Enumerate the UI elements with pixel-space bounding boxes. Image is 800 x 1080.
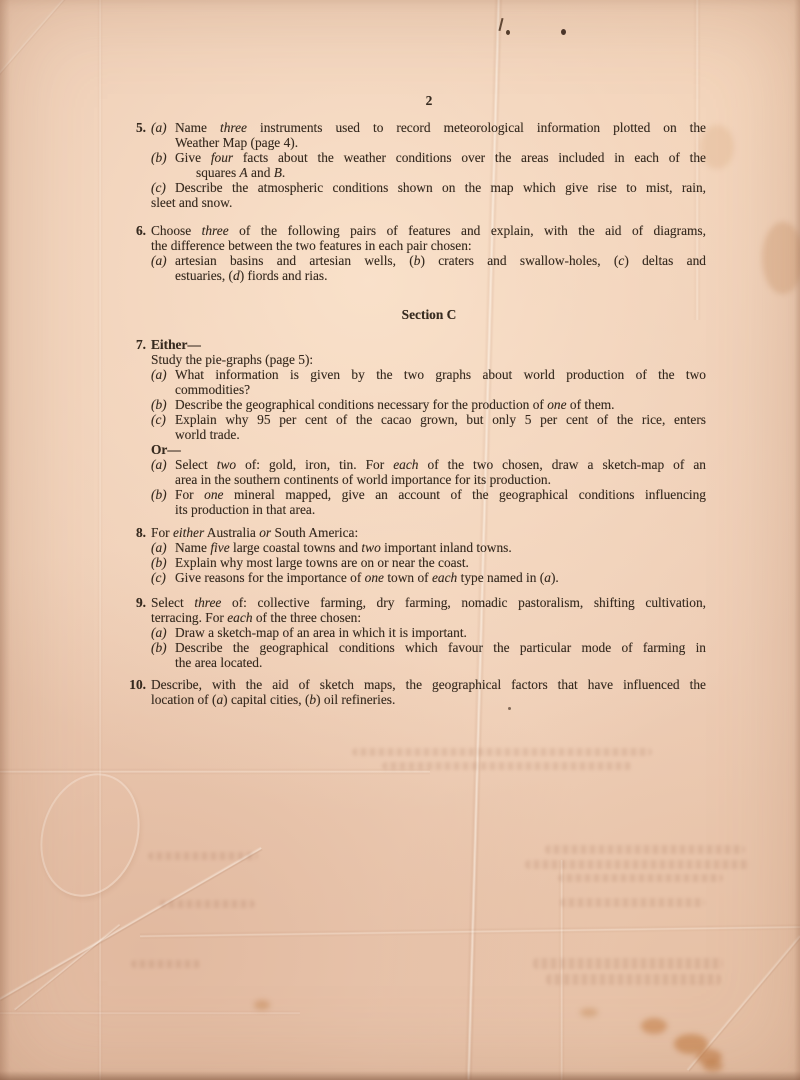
bleed-through-smudge-1 [352,748,652,756]
text-line: (c)Give reasons for the importance of on… [151,570,706,585]
part-label: (c) [151,412,175,427]
text-segment: ) fiords and rias. [240,268,328,283]
text-segment: Describe the geographical conditions whi… [175,640,706,655]
text-segment: Select [175,457,217,472]
question-number: 7. [124,337,146,517]
text-segment: the area located. [175,655,262,670]
text-line: sleet and snow. [151,195,706,210]
text-segment: of the two chosen, draw a sketch-map of … [419,457,706,472]
text-segment: location of ( [151,692,216,707]
question-8: 8.For either Australia or South America:… [124,525,706,585]
paper-crease-diagonal-top-left [0,0,68,81]
question-9: 9.Select three of: collective farming, d… [124,595,706,670]
text-segment: estuaries, ( [175,268,233,283]
paper-fold-curve [25,760,155,909]
bleed-through-smudge-11 [131,960,201,968]
text-line: estuaries, (d) fiords and rias. [151,268,706,283]
paper-stain-right-edge [762,222,800,294]
question-body: Describe, with the aid of sketch maps, t… [151,677,706,707]
question-number: 6. [124,223,146,283]
text-line: Either— [151,337,706,352]
text-line: (c)Explain why 95 per cent of the cacao … [151,412,706,427]
text-segment: sleet and snow. [151,195,232,210]
text-line: Study the pie-graphs (page 5): [151,352,706,367]
text-segment: Name [175,540,210,555]
bleed-through-smudge-3 [545,845,745,854]
text-segment: South America: [271,525,358,540]
text-segment: Draw a sketch-map of an area in which it… [175,625,467,640]
text-segment: . [282,165,285,180]
question-body: Select three of: collective farming, dry… [151,595,706,670]
text-segment: Explain why most large towns are on or n… [175,555,469,570]
text-line: (a)Name five large coastal towns and two… [151,540,706,555]
text-segment: Choose [151,223,202,238]
part-label: (b) [151,640,175,655]
text-segment: ) capital cities, ( [223,692,309,707]
bleed-through-smudge-6 [148,852,258,860]
text-segment: a [544,570,551,585]
part-label: (c) [151,180,175,195]
question-list: 5.(a)Name three instruments used to reco… [124,120,706,707]
text-segment: of: collective farming, dry farming, nom… [221,595,706,610]
text-segment: each [393,457,418,472]
text-line: Select three of: collective farming, dry… [151,595,706,610]
text-segment: or [259,525,271,540]
text-segment: Give [175,150,211,165]
text-segment: Explain why 95 per cent of the cacao gro… [175,412,706,427]
text-segment: Describe the atmospheric conditions show… [175,180,706,195]
text-line: (c)Describe the atmospheric conditions s… [151,180,706,195]
text-segment: B [274,165,282,180]
text-segment: mineral mapped, give an account of the g… [223,487,706,502]
text-segment: of the three chosen: [253,610,362,625]
page-content: 2 5.(a)Name three instruments used to re… [124,93,706,707]
text-segment: type named in ( [457,570,544,585]
text-line: location of (a) capital cities, (b) oil … [151,692,706,707]
question-number: 9. [124,595,146,670]
text-line: (a)artesian basins and artesian wells, (… [151,253,706,268]
text-segment: What information is given by the two gra… [175,367,706,382]
text-segment: one [547,397,566,412]
ink-speck-3 [508,707,511,710]
text-segment: of: gold, iron, tin. For [236,457,393,472]
part-label: (a) [151,253,175,268]
rust-stain-1 [641,1018,667,1034]
text-segment: its production in that area. [175,502,315,517]
text-line: (b)For one mineral mapped, give an accou… [151,487,706,502]
text-segment: facts about the weather conditions over … [233,150,706,165]
text-line: (b)Describe the geographical conditions … [151,397,706,412]
bleed-through-smudge-2 [382,762,632,770]
text-segment: one [365,570,384,585]
text-segment: important inland towns. [381,540,512,555]
text-line: Weather Map (page 4). [151,135,706,150]
paper-crease-diagonal-bottom-left-2 [14,923,121,1011]
text-segment: area in the southern continents of world… [175,472,551,487]
scan-edge-left [0,0,10,1080]
ink-speck-1 [506,30,510,35]
text-segment: For [175,487,204,502]
text-line: area in the southern continents of world… [151,472,706,487]
text-segment: four [211,150,233,165]
text-segment: three [194,595,221,610]
part-label: (a) [151,457,175,472]
text-segment: and [248,165,274,180]
rust-stain-2 [674,1034,708,1054]
text-segment: instruments used to record meteorologica… [247,120,706,135]
text-segment: terracing. For [151,610,227,625]
paper-crease-diagonal-bottom-left [0,846,263,1001]
paper-crease-horizontal-low [0,1010,300,1016]
question-7: 7.Either—Study the pie-graphs (page 5):(… [124,337,706,517]
text-line: (a)Name three instruments used to record… [151,120,706,135]
text-segment: world trade. [175,427,240,442]
text-line: world trade. [151,427,706,442]
question-5: 5.(a)Name three instruments used to reco… [124,120,706,210]
text-segment: Study the pie-graphs (page 5): [151,352,313,367]
part-label: (a) [151,540,175,555]
text-line: Describe, with the aid of sketch maps, t… [151,677,706,692]
text-segment: ) oil refineries. [316,692,395,707]
question-body: Either—Study the pie-graphs (page 5):(a)… [151,337,706,517]
page-number: 2 [152,93,706,108]
text-line: its production in that area. [151,502,706,517]
ink-speck-2 [561,29,566,35]
bleed-through-smudge-10 [546,974,721,985]
text-segment: Select [151,595,194,610]
text-line: (a)Select two of: gold, iron, tin. For e… [151,457,706,472]
text-segment: ). [551,570,559,585]
text-segment: of them. [567,397,615,412]
part-label: (a) [151,625,175,640]
question-body: (a)Name three instruments used to record… [151,120,706,210]
rust-stain-5 [254,1000,270,1010]
part-label: (b) [151,487,175,502]
text-segment: Describe, with the aid of sketch maps, t… [151,677,706,692]
text-segment: Australia [204,525,259,540]
text-line: Choose three of the following pairs of f… [151,223,706,238]
question-number: 8. [124,525,146,585]
question-number: 5. [124,120,146,210]
text-line: commodities? [151,382,706,397]
text-segment: the difference between the two features … [151,238,472,253]
text-segment: two [217,457,236,472]
ink-slash-mark [498,18,503,31]
text-line: (a)What information is given by the two … [151,367,706,382]
text-segment: five [210,540,229,555]
part-label: (a) [151,120,175,135]
part-label: (b) [151,397,175,412]
paper-crease-horizontal-mid [140,923,800,939]
text-line: (a)Draw a sketch-map of an area in which… [151,625,706,640]
text-line: the area located. [151,655,706,670]
part-label: (b) [151,150,175,165]
part-label: (a) [151,367,175,382]
question-body: For either Australia or South America:(a… [151,525,706,585]
part-label: (c) [151,570,175,585]
text-segment: Either— [151,337,201,352]
rust-stain-6 [580,1008,598,1017]
question-number: 10. [124,677,146,707]
text-segment: three [220,120,247,135]
text-segment: town of [384,570,432,585]
rust-stain-3 [696,1049,722,1065]
text-segment: Or— [151,442,181,457]
bleed-through-smudge-5 [558,874,723,882]
text-segment: three [202,223,229,238]
text-segment: For [151,525,173,540]
text-line: (b)Explain why most large towns are on o… [151,555,706,570]
text-segment: two [361,540,380,555]
rust-stain-4 [703,1060,723,1072]
text-segment: Give reasons for the importance of [175,570,365,585]
text-line: terracing. For each of the three chosen: [151,610,706,625]
text-line: squares A and B. [151,165,706,180]
bleed-through-smudge-8 [160,900,255,908]
section-heading: Section C [152,307,706,322]
text-line: (b)Describe the geographical conditions … [151,640,706,655]
bleed-through-smudge-4 [525,860,750,869]
text-line: For either Australia or South America: [151,525,706,540]
text-segment: ) deltas and [624,253,706,268]
bleed-through-smudge-9 [533,958,723,969]
text-segment: of the following pairs of features and e… [229,223,706,238]
text-segment: either [173,525,204,540]
text-line: the difference between the two features … [151,238,706,253]
text-segment: each [227,610,252,625]
paper-crease-horizontal-left [0,768,430,775]
text-segment: large coastal towns and [230,540,362,555]
text-segment: Name [175,120,220,135]
paper-crease-diagonal-bottom-right [686,935,800,1072]
text-segment: Describe the geographical conditions nec… [175,397,547,412]
text-segment: squares [196,165,240,180]
text-segment: ) craters and swallow-holes, ( [420,253,618,268]
question-10: 10.Describe, with the aid of sketch maps… [124,677,706,707]
scanned-exam-page: 2 5.(a)Name three instruments used to re… [0,0,800,1080]
text-segment: A [240,165,248,180]
part-label: (b) [151,555,175,570]
paper-crease-vertical-left [97,0,103,1080]
text-segment: each [432,570,457,585]
text-segment: commodities? [175,382,250,397]
text-line: (b)Give four facts about the weather con… [151,150,706,165]
text-segment: d [233,268,240,283]
bleed-through-smudge-7 [560,898,705,907]
paper-crease-vertical-bottom [558,860,565,1080]
scan-edge-right [794,0,800,1080]
text-segment: Weather Map (page 4). [175,135,298,150]
text-line: Or— [151,442,706,457]
text-segment: one [204,487,223,502]
text-segment: artesian basins and artesian wells, ( [175,253,414,268]
scan-edge-bottom [0,1071,800,1080]
question-body: Choose three of the following pairs of f… [151,223,706,283]
question-6: 6.Choose three of the following pairs of… [124,223,706,283]
